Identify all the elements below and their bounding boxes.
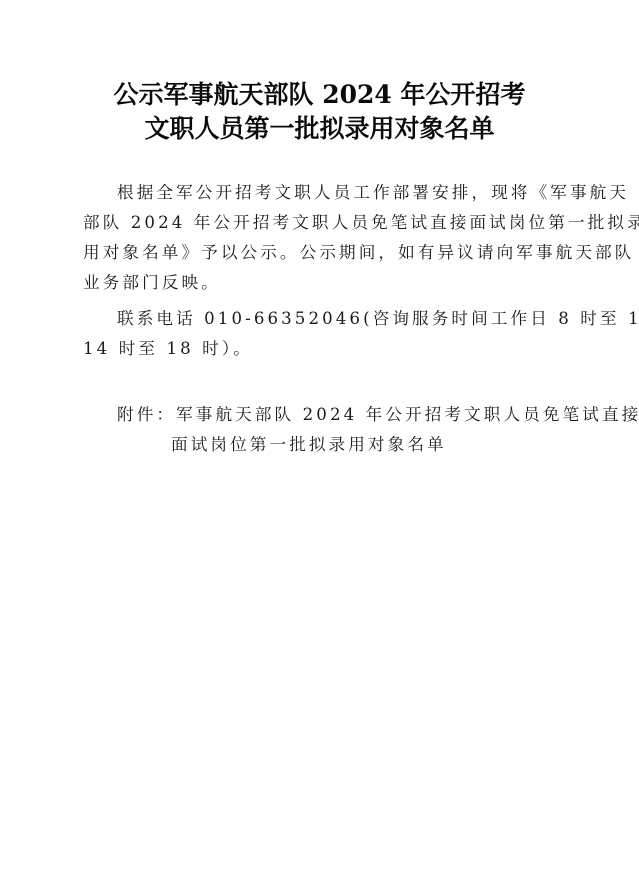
document-page: 公示军事航天部队 2024 年公开招考 文职人员第一批拟录用对象名单 根据全军公… bbox=[0, 0, 639, 871]
document-title-line-1: 公示军事航天部队 2024 年公开招考 bbox=[0, 78, 639, 112]
paragraph-line: 根据全军公开招考文职人员工作部署安排，现将《军事航天 bbox=[117, 183, 629, 203]
attachment-line-2: 面试岗位第一批拟录用对象名单 bbox=[171, 435, 447, 455]
attachment-label: 附件： bbox=[117, 405, 176, 424]
paragraph-line: 业务部门反映。 bbox=[83, 273, 221, 293]
contact-phone-line: 联系电话 010-66352046(咨询服务时间工作日 8 时至 12 时、 bbox=[117, 309, 639, 329]
document-title-line-2: 文职人员第一批拟录用对象名单 bbox=[0, 112, 639, 146]
attachment-title: 军事航天部队 2024 年公开招考文职人员免笔试直接 bbox=[176, 405, 639, 424]
paragraph-line: 部队 2024 年公开招考文职人员免笔试直接面试岗位第一批拟录 bbox=[83, 213, 639, 233]
contact-hours-line: 14 时至 18 时）。 bbox=[83, 339, 253, 359]
paragraph-line: 用对象名单》予以公示。公示期间，如有异议请向军事航天部队 bbox=[83, 243, 634, 263]
attachment-line-1: 附件：军事航天部队 2024 年公开招考文职人员免笔试直接 bbox=[117, 405, 639, 425]
